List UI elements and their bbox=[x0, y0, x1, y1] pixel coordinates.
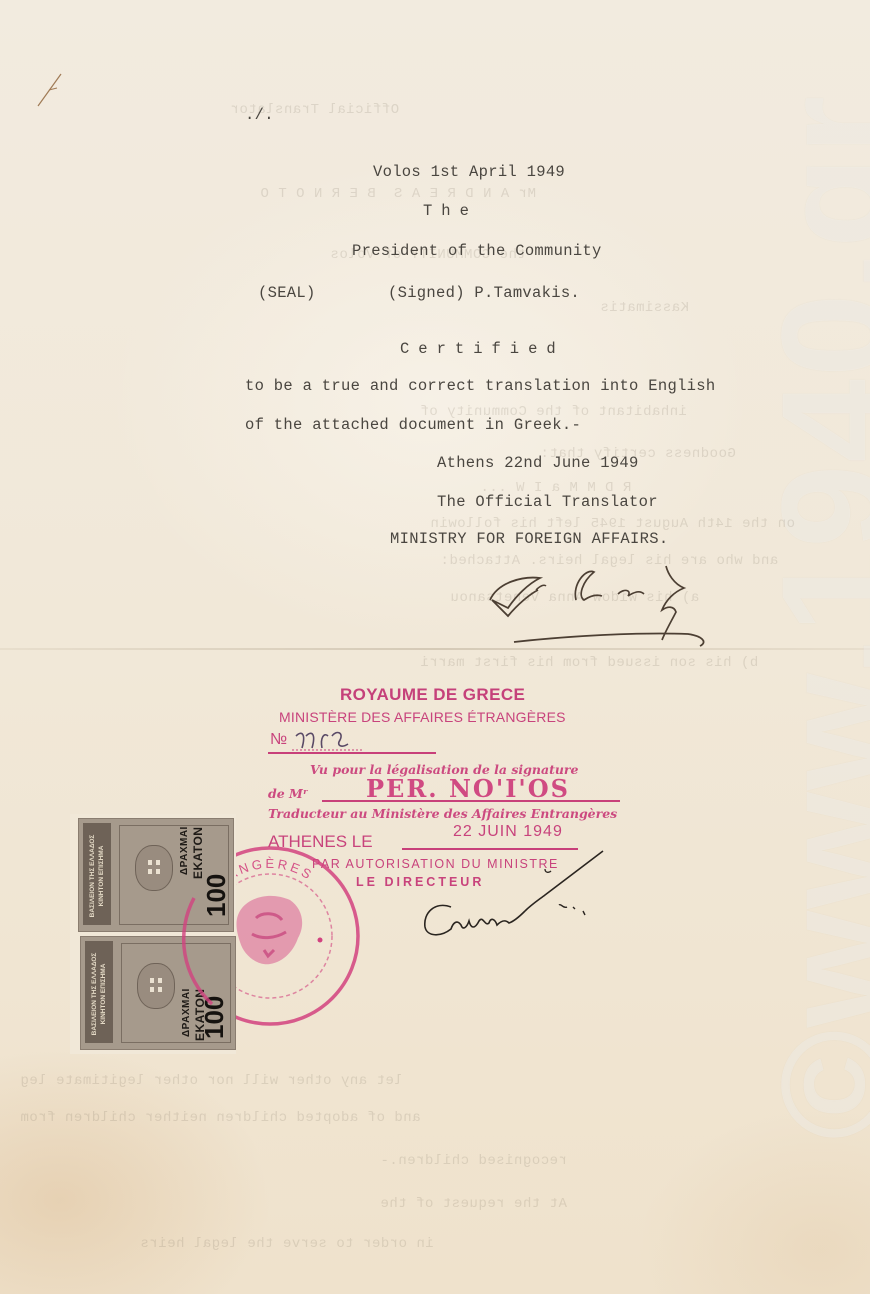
stamp-traducteur-line: Traducteur au Ministère des Affaires Ent… bbox=[268, 806, 617, 821]
show-through-text: b) his son issued from his first marri bbox=[420, 655, 758, 671]
show-through-text: let any other will nor other legitimate … bbox=[20, 1073, 403, 1089]
stamp-band-text: ΒΑΣΙΛΕΙΟΝ ΤΗΣ ΕΛΛΑΔΟΣ bbox=[88, 826, 97, 926]
president-line: President of the Community bbox=[352, 242, 602, 260]
pencil-mark bbox=[35, 70, 65, 110]
stamp-divider bbox=[268, 752, 436, 754]
show-through-text: At the request of the bbox=[380, 1196, 567, 1212]
show-through-text: Kassimatis bbox=[600, 300, 689, 316]
translator-line: The Official Translator bbox=[437, 493, 658, 511]
stamp-side-band: ΒΑΣΙΛΕΙΟΝ ΤΗΣ ΕΛΛΑΔΟΣ ΚΙΝΗΤΟΝ ΕΠΙΣΗΜΑ bbox=[85, 941, 113, 1043]
translator-signature bbox=[478, 560, 728, 655]
continuation-mark: ./. bbox=[245, 106, 274, 124]
stamp-band-text: ΒΑΣΙΛΕΙΟΝ ΤΗΣ ΕΛΛΑΔΟΣ bbox=[90, 944, 99, 1044]
certified-heading: Certified bbox=[400, 340, 565, 358]
stamp-band-text: ΚΙΝΗΤΟΝ ΕΠΙΣΗΜΑ bbox=[97, 826, 106, 926]
stamp-date: 22 JUIN 1949 bbox=[453, 823, 563, 841]
stamp-ministry: MINISTÈRE DES AFFAIRES ÉTRANGÈRES bbox=[279, 709, 566, 725]
athens-date-line: Athens 22nd June 1949 bbox=[437, 454, 639, 472]
stamp-number-label: № bbox=[270, 731, 287, 749]
stamp-value: 100 bbox=[201, 874, 232, 917]
show-through-text: and of adopted children neither children… bbox=[20, 1110, 421, 1126]
crest-icon bbox=[135, 845, 173, 891]
stamp-name-underline bbox=[322, 800, 620, 802]
director-signature bbox=[405, 845, 615, 945]
stamp-value: 100 bbox=[199, 996, 230, 1039]
document-paper: ©www.1940.gr Official Translator Mr A N … bbox=[0, 0, 870, 1294]
stamp-word-drachmai: ΔΡΑΧΜΑΙ bbox=[179, 826, 190, 875]
certification-line-2: of the attached document in Greek.- bbox=[245, 416, 581, 434]
fold-line bbox=[0, 648, 870, 650]
stamp-side-band: ΒΑΣΙΛΕΙΟΝ ΤΗΣ ΕΛΛΑΔΟΣ ΚΙΝΗΤΟΝ ΕΠΙΣΗΜΑ bbox=[83, 823, 111, 925]
revenue-stamp-bottom: ΒΑΣΙΛΕΙΟΝ ΤΗΣ ΕΛΛΑΔΟΣ ΚΙΝΗΤΟΝ ΕΠΙΣΗΜΑ ΔΡ… bbox=[80, 936, 236, 1050]
seal-label: (SEAL) bbox=[258, 284, 316, 302]
stamp-translator-name: PER. NO'I'OS bbox=[366, 774, 570, 803]
stamp-de-label: de Mʳ bbox=[268, 786, 308, 801]
the-line: The bbox=[423, 202, 478, 220]
show-through-text: recognised children.- bbox=[380, 1153, 567, 1169]
certification-line-1: to be a true and correct translation int… bbox=[245, 377, 715, 395]
revenue-stamps-block: ΒΑΣΙΛΕΙΟΝ ΤΗΣ ΕΛΛΑΔΟΣ ΚΙΝΗΤΟΝ ΕΠΙΣΗΜΑ ΔΡ… bbox=[70, 814, 236, 1054]
revenue-stamp-top: ΒΑΣΙΛΕΙΟΝ ΤΗΣ ΕΛΛΑΔΟΣ ΚΙΝΗΤΟΝ ΕΠΙΣΗΜΑ ΔΡ… bbox=[78, 818, 234, 932]
ministry-line: MINISTRY FOR FOREIGN AFFAIRS. bbox=[390, 530, 668, 548]
stamp-title: ROYAUME DE GRECE bbox=[340, 685, 525, 705]
stamp-word-ekaton: ΕΚΑΤΟΝ bbox=[191, 827, 205, 879]
stamp-number-handwritten bbox=[292, 728, 362, 752]
show-through-text: in order to serve the legal heirs bbox=[140, 1236, 434, 1252]
crest-icon bbox=[137, 963, 175, 1009]
stamp-word-drachmai: ΔΡΑΧΜΑΙ bbox=[181, 988, 192, 1037]
show-through-text: Mr A N D R E A S B E R N O T O bbox=[260, 186, 536, 202]
stamp-band-text: ΚΙΝΗΤΟΝ ΕΠΙΣΗΜΑ bbox=[99, 944, 108, 1044]
signed-line: (Signed) P.Tamvakis. bbox=[388, 284, 580, 302]
watermark: ©www.1940.gr bbox=[748, 94, 870, 1140]
place-date-line: Volos 1st April 1949 bbox=[373, 163, 565, 181]
